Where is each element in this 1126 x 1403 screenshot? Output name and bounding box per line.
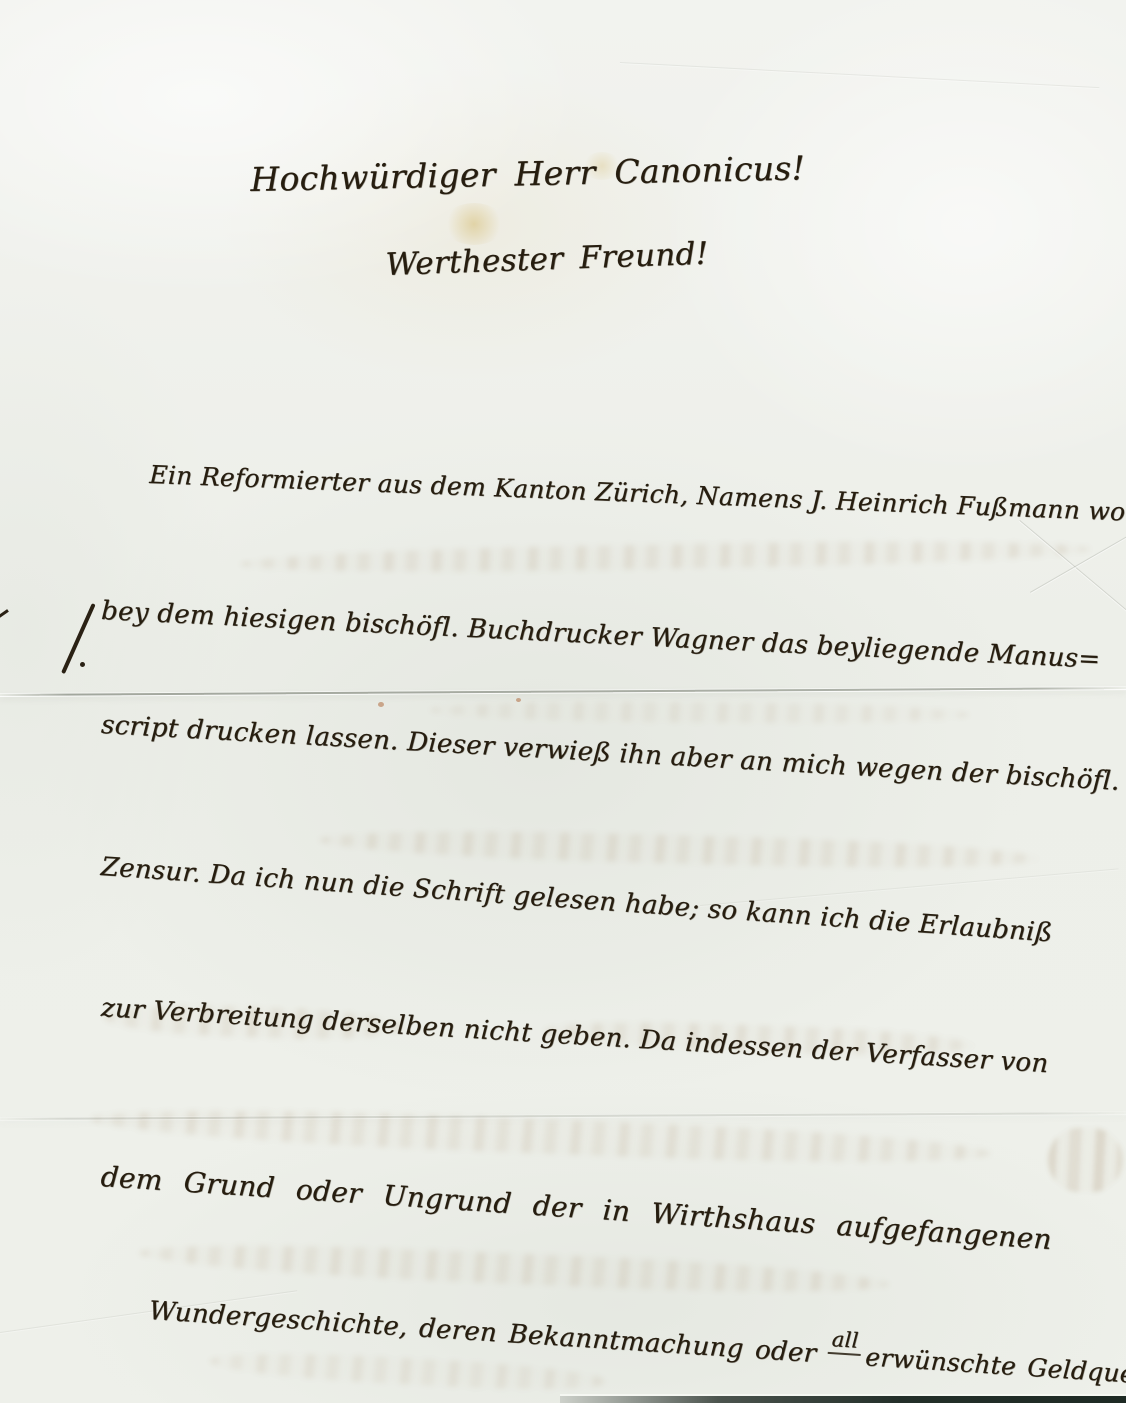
body-line-7-after: erwünschte Geldquelle bbox=[864, 1342, 1126, 1390]
body-line-7: Wundergeschichte, deren Bekanntmachung o… bbox=[148, 1296, 1126, 1392]
body-line-1: Ein Reformierter aus dem Kanton Zürich, … bbox=[149, 460, 1126, 528]
body-line-3: script drucken lassen. Dieser verwieß ih… bbox=[100, 710, 1120, 797]
paper-speck bbox=[516, 698, 521, 702]
wrinkle-line bbox=[620, 62, 1099, 88]
body-line-2: bey dem hiesigen bischöfl. Buchdrucker W… bbox=[101, 596, 1102, 675]
wrinkle-line bbox=[1019, 520, 1126, 617]
insertion-superscript: all bbox=[828, 1327, 863, 1356]
ink-showthrough bbox=[319, 826, 1039, 873]
ink-showthrough bbox=[91, 1102, 992, 1171]
ink-showthrough bbox=[240, 537, 1090, 576]
salutation-line-2: Werthester Freund! bbox=[385, 236, 709, 283]
letter-page: Hochwürdiger Herr Canonicus! Werthester … bbox=[0, 0, 1126, 1403]
paper-stain bbox=[443, 203, 505, 245]
ink-showthrough bbox=[430, 700, 970, 725]
body-line-6: dem Grund oder Ungrund der in Wirthshaus… bbox=[100, 1160, 1053, 1256]
scan-edge-shadow bbox=[560, 1396, 1126, 1403]
enclosure-dot bbox=[80, 662, 85, 667]
ink-showthrough bbox=[209, 1348, 610, 1395]
fold-crease bbox=[0, 687, 1126, 696]
margin-tick bbox=[0, 609, 9, 618]
enclosure-slash-stroke bbox=[61, 603, 95, 674]
salutation-line-1: Hochwürdiger Herr Canonicus! bbox=[250, 148, 805, 199]
paper-speck bbox=[378, 702, 384, 707]
insertion-anchor: all bbox=[827, 1363, 853, 1365]
ink-showthrough bbox=[139, 1238, 890, 1299]
ink-showthrough bbox=[1048, 1128, 1123, 1192]
